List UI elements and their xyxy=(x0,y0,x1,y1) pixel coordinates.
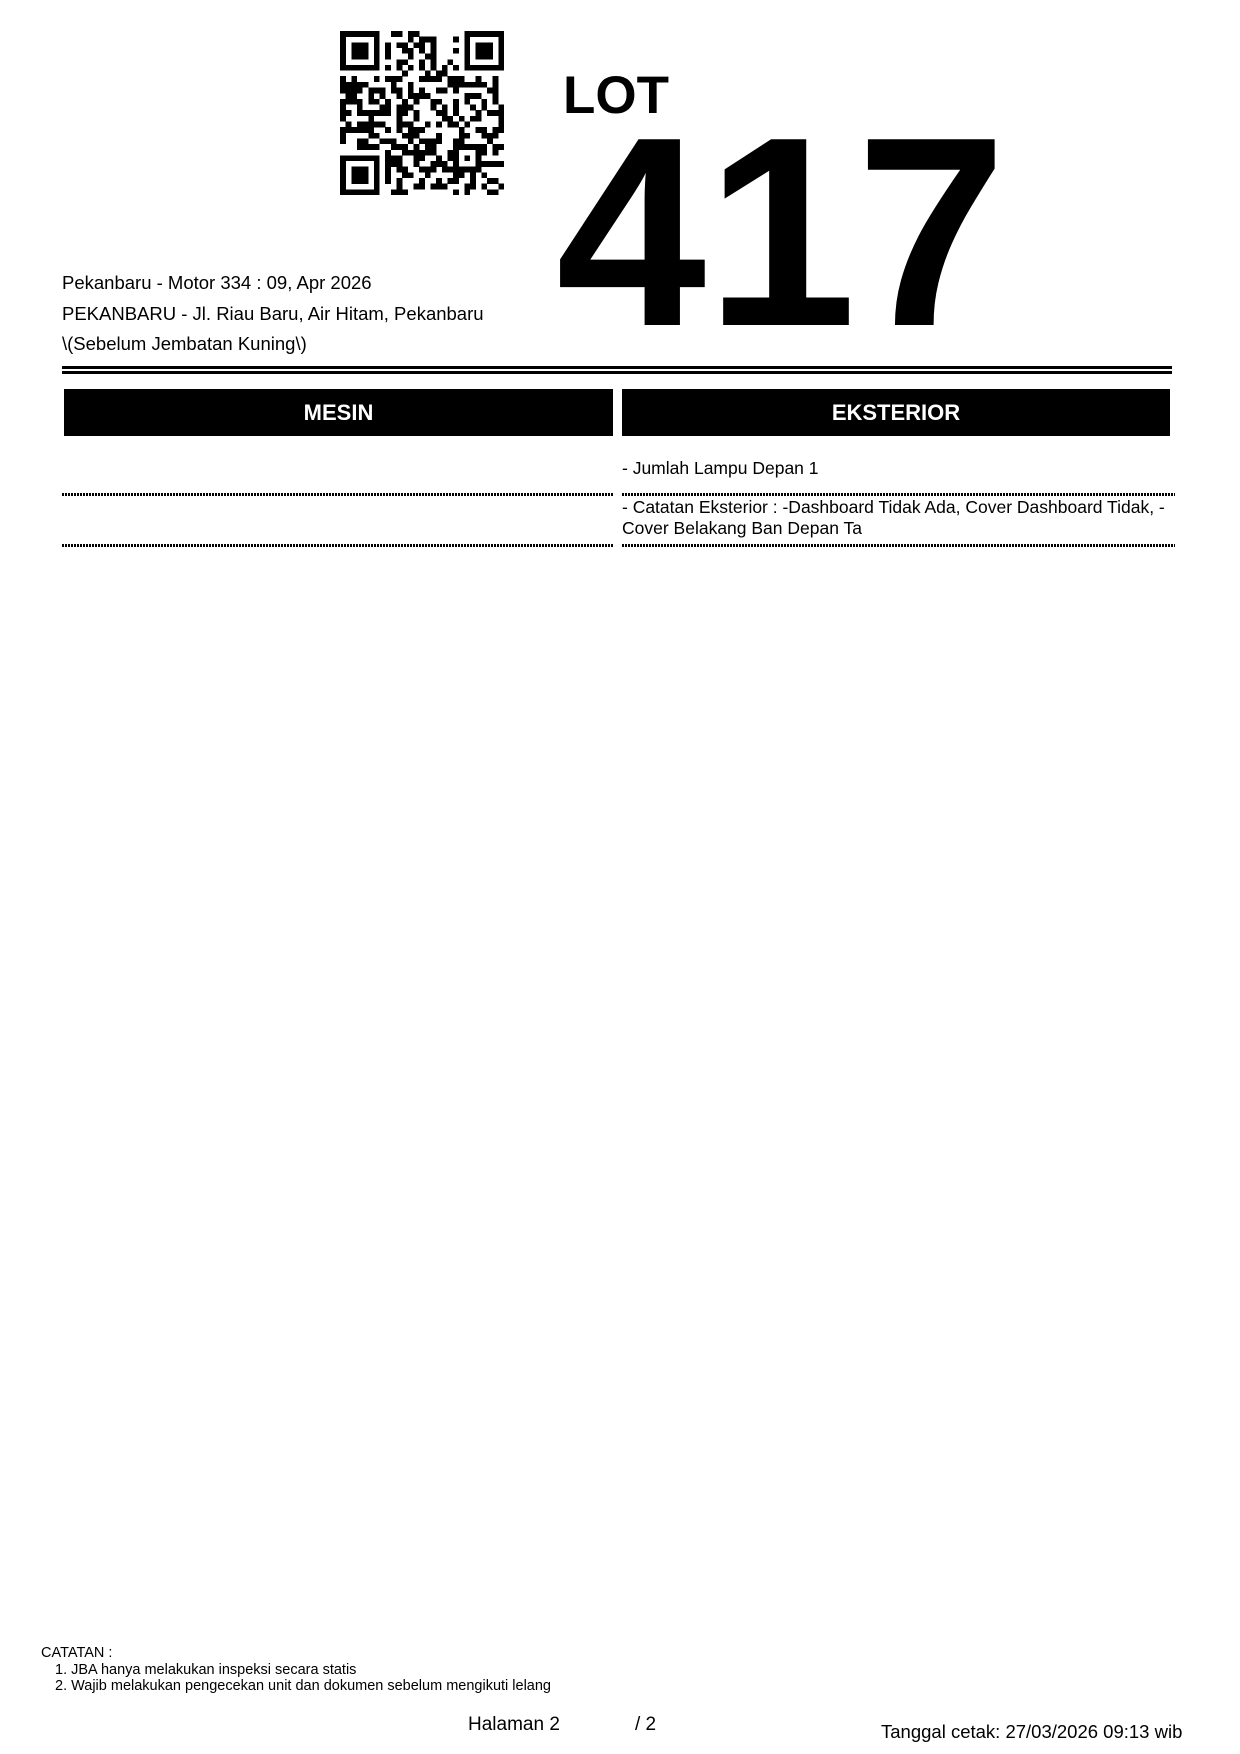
row-divider xyxy=(62,493,613,496)
page-total: / 2 xyxy=(635,1714,656,1736)
row-divider xyxy=(62,544,613,547)
header-divider-bottom xyxy=(62,371,1172,374)
notes-title: CATATAN : xyxy=(41,1645,551,1662)
print-timestamp: Tanggal cetak: 27/03/2026 09:13 wib xyxy=(881,1721,1182,1743)
auction-title: Pekanbaru - Motor 334 : 09, Apr 2026 xyxy=(62,268,484,299)
row-divider xyxy=(622,544,1175,547)
page-number: Halaman 2 xyxy=(468,1714,560,1736)
header-divider-top xyxy=(62,366,1172,369)
section-header-eksterior: EKSTERIOR xyxy=(622,389,1170,436)
lot-number: 417 xyxy=(556,98,1006,368)
section-header-mesin: MESIN xyxy=(64,389,613,436)
note-item: 2. Wajib melakukan pengecekan unit dan d… xyxy=(41,1678,551,1695)
notes: CATATAN : 1. JBA hanya melakukan inspeks… xyxy=(41,1645,551,1695)
auction-location: PEKANBARU - Jl. Riau Baru, Air Hitam, Pe… xyxy=(62,299,484,330)
note-item: 1. JBA hanya melakukan inspeksi secara s… xyxy=(41,1662,551,1679)
auction-location-detail: \(Sebelum Jembatan Kuning\) xyxy=(62,329,484,360)
eksterior-row: - Catatan Eksterior : -Dashboard Tidak A… xyxy=(622,497,1167,539)
qr-code-icon xyxy=(340,31,504,195)
eksterior-row: - Jumlah Lampu Depan 1 xyxy=(622,458,1174,479)
auction-info: Pekanbaru - Motor 334 : 09, Apr 2026 PEK… xyxy=(62,268,484,360)
row-divider xyxy=(622,493,1175,496)
